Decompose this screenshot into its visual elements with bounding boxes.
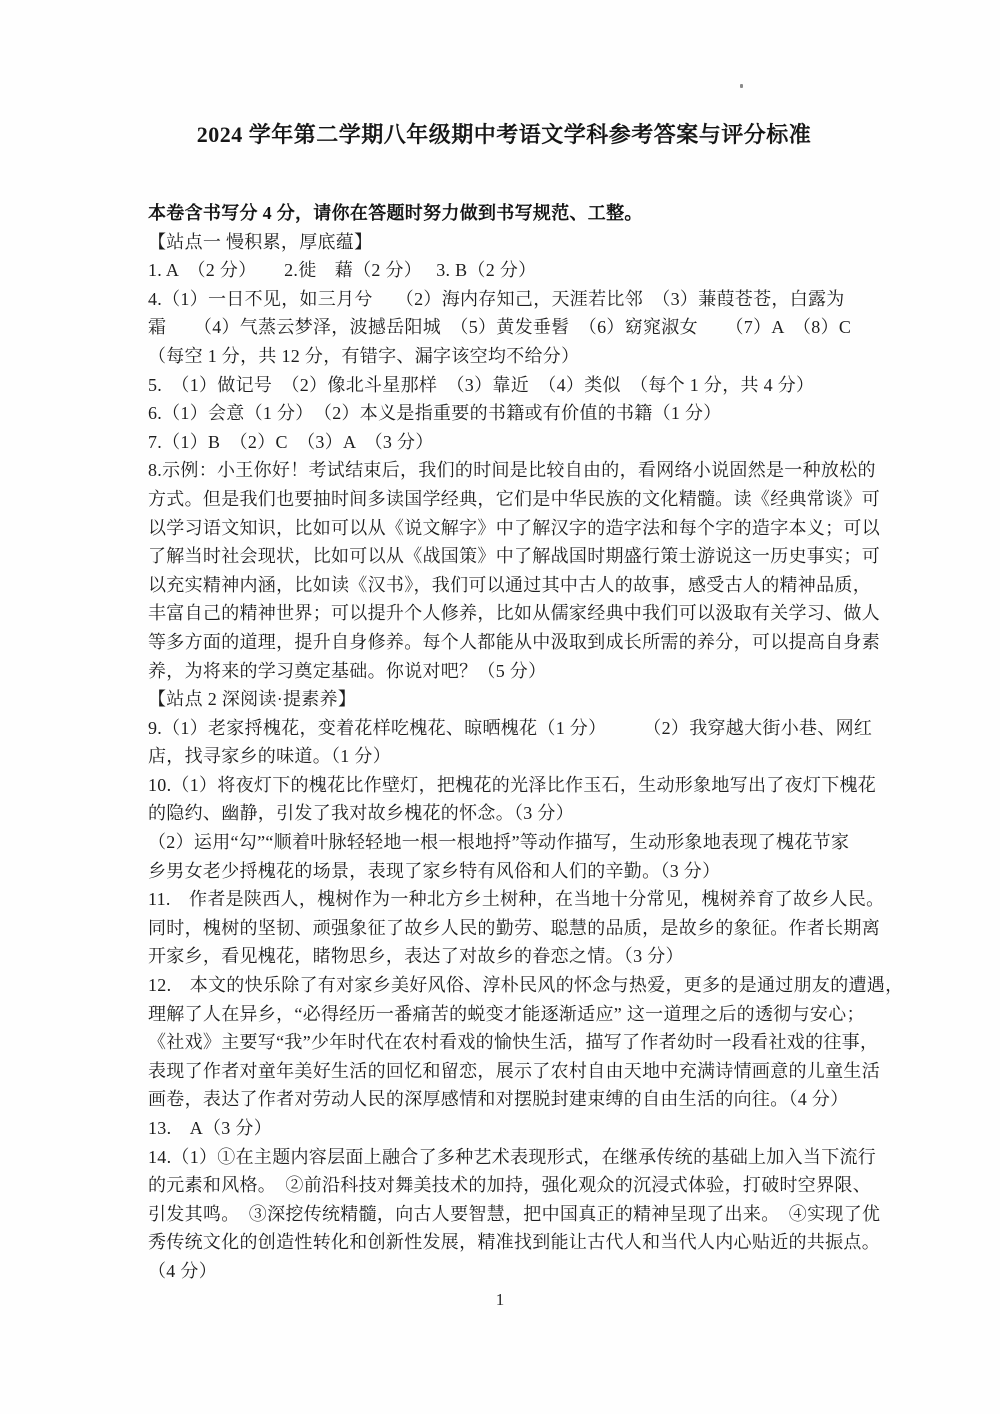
document-content: 2024 学年第二学期八年级期中考语文学科参考答案与评分标准 本卷含书写分 4 … <box>148 0 860 1286</box>
text-line: 等多方面的道理，提升自身修养。每个人都能从中汲取到成长所需的养分，可以提高自身素 <box>148 628 860 657</box>
text-line: 4.（1）一日不见，如三月兮 （2）海内存知己，天涯若比邻 （3）蒹葭苍苍，白露… <box>148 285 860 314</box>
text-line: 本卷含书写分 4 分，请你在答题时努力做到书写规范、工整。 <box>148 199 860 228</box>
text-line: 【站点 2 深阅读·提素养】 <box>148 685 860 714</box>
text-line: 表现了作者对童年美好生活的回忆和留恋，展示了农村自由天地中充满诗情画意的儿童生活 <box>148 1057 860 1086</box>
text-line: 14.（1）①在主题内容层面上融合了多种艺术表现形式，在继承传统的基础上加入当下… <box>148 1143 860 1172</box>
text-line: 画卷，表达了作者对劳动人民的深厚感情和对摆脱封建束缚的自由生活的向往。（4 分） <box>148 1085 860 1114</box>
answer-lines: 本卷含书写分 4 分，请你在答题时努力做到书写规范、工整。 【站点一 慢积累，厚… <box>148 199 860 1286</box>
text-line: （4 分） <box>148 1257 860 1286</box>
text-line: 13. A（3 分） <box>148 1114 860 1143</box>
text-line: 引发其鸣。 ③深挖传统精髓，向古人要智慧，把中国真正的精神呈现了出来。 ④实现了… <box>148 1200 860 1229</box>
text-line: 店，找寻家乡的味道。（1 分） <box>148 742 860 771</box>
page-title: 2024 学年第二学期八年级期中考语文学科参考答案与评分标准 <box>148 118 860 149</box>
text-line: 养，为将来的学习奠定基础。你说对吧？（5 分） <box>148 657 860 686</box>
text-line: 丰富自己的精神世界；可以提升个人修养，比如从儒家经典中我们可以汲取有关学习、做人 <box>148 599 860 628</box>
text-line: （2）运用“勾”“顺着叶脉轻轻地一根一根地捋”等动作描写，生动形象地表现了槐花节… <box>148 828 860 857</box>
text-line: 8.示例：小王你好！考试结束后，我们的时间是比较自由的，看网络小说固然是一种放松… <box>148 456 860 485</box>
text-line: 方式。但是我们也要抽时间多读国学经典，它们是中华民族的文化精髓。读《经典常谈》可 <box>148 485 860 514</box>
text-line: 5. （1）做记号 （2）像北斗星那样 （3）靠近 （4）类似 （每个 1 分，… <box>148 371 860 400</box>
text-line: 同时，槐树的坚韧、顽强象征了故乡人民的勤劳、聪慧的品质，是故乡的象征。作者长期离 <box>148 914 860 943</box>
text-line: 10.（1）将夜灯下的槐花比作壁灯，把槐花的光泽比作玉石，生动形象地写出了夜灯下… <box>148 771 860 800</box>
text-line: 的隐约、幽静，引发了我对故乡槐花的怀念。（3 分） <box>148 799 860 828</box>
text-line: 7.（1）B （2）C （3）A （3 分） <box>148 428 860 457</box>
text-line: 1. A （2 分） 2.徙 藉（2 分） 3. B（2 分） <box>148 256 860 285</box>
page-number: 1 <box>0 1290 1000 1310</box>
text-line: 以学习语文知识，比如可以从《说文解字》中了解汉字的造字法和每个字的造字本义；可以 <box>148 514 860 543</box>
text-line: 理解了人在异乡，“必得经历一番痛苦的蜕变才能逐渐适应” 这一道理之后的透彻与安心… <box>148 1000 860 1029</box>
document-page: 2024 学年第二学期八年级期中考语文学科参考答案与评分标准 本卷含书写分 4 … <box>0 0 1000 1414</box>
text-line: 《社戏》主要写“我”少年时代在农村看戏的愉快生活，描写了作者幼时一段看社戏的往事… <box>148 1028 860 1057</box>
text-line: 【站点一 慢积累，厚底蕴】 <box>148 228 860 257</box>
text-line: 的元素和风格。 ②前沿科技对舞美技术的加持，强化观众的沉浸式体验，打破时空界限、 <box>148 1171 860 1200</box>
text-line: 秀传统文化的创造性转化和创新性发展，精准找到能让古代人和当代人内心贴近的共振点。 <box>148 1228 860 1257</box>
text-line: 11. 作者是陕西人，槐树作为一种北方乡土树种，在当地十分常见，槐树养育了故乡人… <box>148 885 860 914</box>
text-line: 乡男女老少捋槐花的场景，表现了家乡特有风俗和人们的辛勤。（3 分） <box>148 857 860 886</box>
text-line: 6.（1）会意（1 分） （2）本义是指重要的书籍或有价值的书籍（1 分） <box>148 399 860 428</box>
text-line: 12. 本文的快乐除了有对家乡美好风俗、淳朴民风的怀念与热爱，更多的是通过朋友的… <box>148 971 860 1000</box>
text-line: 以充实精神内涵，比如读《汉书》，我们可以通过其中古人的故事，感受古人的精神品质， <box>148 571 860 600</box>
text-line: 开家乡，看见槐花，睹物思乡，表达了对故乡的眷恋之情。（3 分） <box>148 942 860 971</box>
text-line: 9.（1）老家捋槐花，变着花样吃槐花、晾晒槐花（1 分） （2）我穿越大街小巷、… <box>148 714 860 743</box>
text-line: 了解当时社会现状，比如可以从《战国策》中了解战国时期盛行策士游说这一历史事实；可 <box>148 542 860 571</box>
text-line: （每空 1 分，共 12 分，有错字、漏字该空均不给分） <box>148 342 860 371</box>
text-line: 霜 （4）气蒸云梦泽，波撼岳阳城 （5）黄发垂髫 （6）窈窕淑女 （7）A （8… <box>148 313 860 342</box>
